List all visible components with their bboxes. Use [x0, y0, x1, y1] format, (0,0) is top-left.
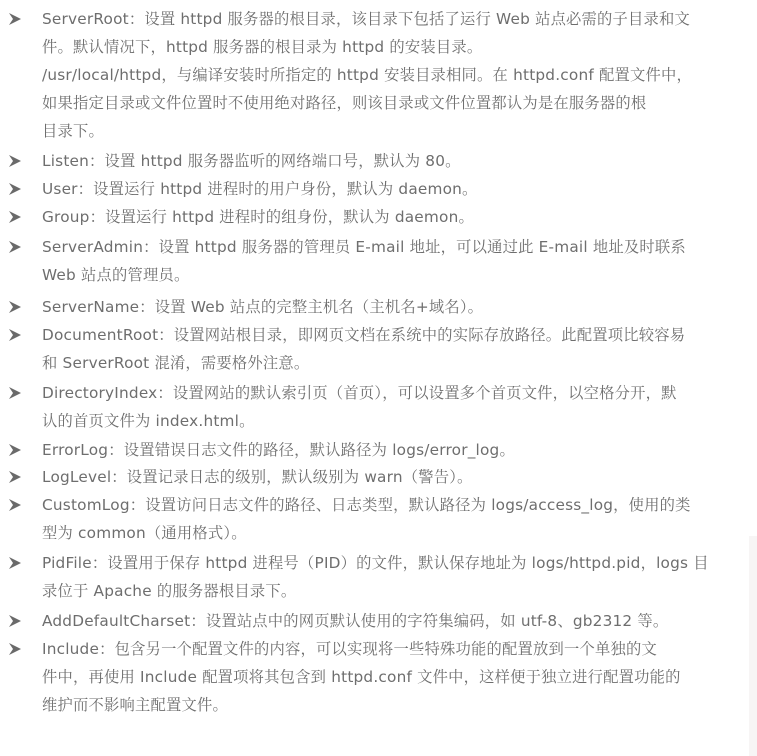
- document-body: ServerRoot：设置 httpd 服务器的根目录，该目录下包括了运行 We…: [0, 0, 757, 700]
- item-text-line: ServerAdmin：设置 httpd 服务器的管理员 E-mail 地址，可…: [42, 233, 733, 261]
- item-text-line: 认的首页文件为 index.html。: [42, 407, 733, 435]
- arrow-bullet-icon: [8, 443, 22, 457]
- page-edge-shadow: [749, 536, 757, 756]
- list-item-serveradmin: ServerAdmin：设置 httpd 服务器的管理员 E-mail 地址，可…: [0, 233, 757, 289]
- arrow-bullet-icon: [8, 498, 22, 512]
- item-text-line: 目录下。: [42, 117, 733, 145]
- item-text-line: Web 站点的管理员。: [42, 261, 733, 289]
- arrow-bullet-icon: [8, 154, 22, 168]
- list-item-user: User：设置运行 httpd 进程时的用户身份，默认为 daemon。: [0, 175, 757, 203]
- arrow-bullet-icon: [8, 210, 22, 224]
- item-text-line: AddDefaultCharset：设置站点中的网页默认使用的字符集编码，如 u…: [42, 607, 733, 635]
- list-item-serverroot: ServerRoot：设置 httpd 服务器的根目录，该目录下包括了运行 We…: [0, 5, 757, 145]
- list-item-documentroot: DocumentRoot：设置网站根目录，即网页文档在系统中的实际存放路径。此配…: [0, 321, 757, 377]
- item-text-line: 如果指定目录或文件位置时不使用绝对路径，则该目录或文件位置都认为是在服务器的根: [42, 89, 733, 117]
- list-item-listen: Listen：设置 httpd 服务器监听的网络端口号，默认为 80。: [0, 147, 757, 175]
- arrow-bullet-icon: [8, 300, 22, 314]
- arrow-bullet-icon: [8, 642, 22, 656]
- item-text-line: ServerRoot：设置 httpd 服务器的根目录，该目录下包括了运行 We…: [42, 5, 733, 33]
- list-item-adddefaultcharset: AddDefaultCharset：设置站点中的网页默认使用的字符集编码，如 u…: [0, 607, 757, 635]
- list-item-customlog: CustomLog：设置访问日志文件的路径、日志类型，默认路径为 logs/ac…: [0, 491, 757, 547]
- item-text-line: CustomLog：设置访问日志文件的路径、日志类型，默认路径为 logs/ac…: [42, 491, 733, 519]
- item-text-line: 件。默认情况下，httpd 服务器的根目录为 httpd 的安装目录。: [42, 33, 733, 61]
- arrow-bullet-icon: [8, 12, 22, 26]
- item-text-line: Listen：设置 httpd 服务器监听的网络端口号，默认为 80。: [42, 147, 733, 175]
- list-item-loglevel: LogLevel：设置记录日志的级别，默认级别为 warn（警告）。: [0, 463, 757, 491]
- list-item-errorlog: ErrorLog：设置错误日志文件的路径，默认路径为 logs/error_lo…: [0, 436, 757, 464]
- arrow-bullet-icon: [8, 328, 22, 342]
- item-text-line: ServerName：设置 Web 站点的完整主机名（主机名+域名）。: [42, 293, 733, 321]
- item-text-line: 和 ServerRoot 混淆，需要格外注意。: [42, 349, 733, 377]
- item-text-line: Include：包含另一个配置文件的内容，可以实现将一些特殊功能的配置放到一个单…: [42, 635, 733, 663]
- list-item-servername: ServerName：设置 Web 站点的完整主机名（主机名+域名）。: [0, 293, 757, 321]
- item-text-line: PidFile：设置用于保存 httpd 进程号（PID）的文件，默认保存地址为…: [42, 549, 733, 577]
- arrow-bullet-icon: [8, 614, 22, 628]
- item-text-line: 型为 common（通用格式）。: [42, 519, 733, 547]
- arrow-bullet-icon: [8, 470, 22, 484]
- list-item-include: Include：包含另一个配置文件的内容，可以实现将一些特殊功能的配置放到一个单…: [0, 635, 757, 719]
- list-item-pidfile: PidFile：设置用于保存 httpd 进程号（PID）的文件，默认保存地址为…: [0, 549, 757, 605]
- item-text-line: 件中，再使用 Include 配置项将其包含到 httpd.conf 文件中，这…: [42, 663, 733, 691]
- item-text-line: Group：设置运行 httpd 进程时的组身份，默认为 daemon。: [42, 203, 733, 231]
- item-text-line: DirectoryIndex：设置网站的默认索引页（首页），可以设置多个首页文件…: [42, 379, 733, 407]
- item-text-line: DocumentRoot：设置网站根目录，即网页文档在系统中的实际存放路径。此配…: [42, 321, 733, 349]
- arrow-bullet-icon: [8, 182, 22, 196]
- item-text-line: 录位于 Apache 的服务器根目录下。: [42, 577, 733, 605]
- list-item-group: Group：设置运行 httpd 进程时的组身份，默认为 daemon。: [0, 203, 757, 231]
- item-text-line: 维护而不影响主配置文件。: [42, 691, 733, 719]
- item-text-line: ErrorLog：设置错误日志文件的路径，默认路径为 logs/error_lo…: [42, 436, 733, 464]
- item-text-line: /usr/local/httpd，与编译安装时所指定的 httpd 安装目录相同…: [42, 61, 733, 89]
- arrow-bullet-icon: [8, 386, 22, 400]
- list-item-directoryindex: DirectoryIndex：设置网站的默认索引页（首页），可以设置多个首页文件…: [0, 379, 757, 435]
- item-text-line: LogLevel：设置记录日志的级别，默认级别为 warn（警告）。: [42, 463, 733, 491]
- item-text-line: User：设置运行 httpd 进程时的用户身份，默认为 daemon。: [42, 175, 733, 203]
- arrow-bullet-icon: [8, 556, 22, 570]
- arrow-bullet-icon: [8, 240, 22, 254]
